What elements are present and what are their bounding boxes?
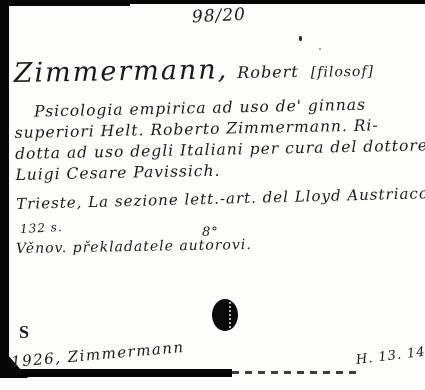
ink-speck bbox=[319, 48, 321, 50]
scan-edge-top-thick bbox=[0, 3, 130, 6]
pagination: 132 s. bbox=[20, 220, 63, 236]
scan-edge-bottom-dashed bbox=[232, 371, 357, 374]
stamp-letter: S bbox=[19, 322, 29, 343]
scan-edge-left bbox=[0, 0, 9, 374]
ink-speck bbox=[299, 36, 302, 41]
title-statement: Psicologia empirica ad uso de' ginnas su… bbox=[14, 93, 425, 186]
call-number: 98/20 bbox=[192, 5, 247, 28]
author-heading: Zimmermann, Robert [filosof] bbox=[13, 52, 374, 89]
author-surname: Zimmermann, bbox=[13, 54, 228, 89]
dedication-note: Věnov. překladatele autorovi. bbox=[16, 237, 252, 257]
hole-punch bbox=[212, 299, 238, 331]
accession-note: 1926, Zimmermann bbox=[10, 338, 185, 371]
author-qualifier: [filosof] bbox=[311, 64, 375, 81]
hole-punch-stripe bbox=[229, 302, 231, 328]
shelfmark: H. 13. 14. 2, bbox=[355, 342, 425, 368]
imprint: Trieste, La sezione lett.-art. del Lloyd… bbox=[16, 183, 425, 213]
author-forename: Robert bbox=[237, 62, 299, 82]
catalog-card-scan: 98/20 Zimmermann, Robert [filosof] Psico… bbox=[0, 0, 425, 390]
scan-edge-bottom bbox=[0, 369, 232, 377]
